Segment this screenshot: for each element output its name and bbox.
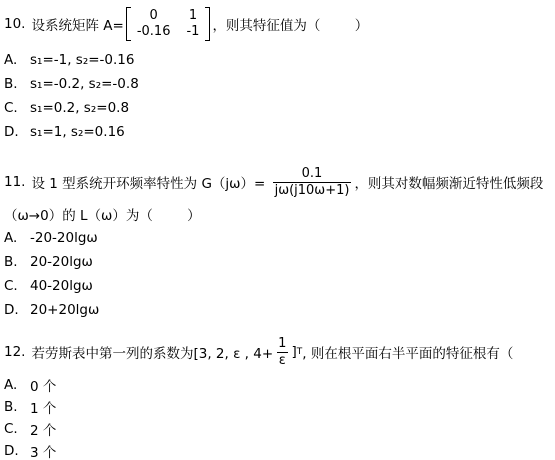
question-11-options: A. -20-20lgω B. 20-20lgω C. 40-20lgω D. … bbox=[4, 226, 551, 322]
matrix-2x2: 0 1 -0.16 -1 bbox=[126, 7, 211, 41]
question-10-options: A. s₁=-1, s₂=-0.16 B. s₁=-0.2, s₂=-0.8 C… bbox=[4, 48, 551, 144]
option-label: C. bbox=[4, 100, 30, 116]
option-text: -20-20lgω bbox=[30, 230, 98, 246]
option-label: B. bbox=[4, 76, 30, 92]
matrix-cell-r2c1: -0.16 bbox=[137, 24, 171, 40]
question-11: 11. 设 1 型系统开环频率特性为 G（jω）= 0.1 jω(j10ω+1)… bbox=[4, 160, 551, 322]
option-text: 40-20lgω bbox=[30, 278, 93, 294]
option-label: D. bbox=[4, 302, 30, 318]
question-11-stem-line2: （ω→0）的 L（ω）为（ ） bbox=[4, 204, 551, 224]
exam-document: 10. 设系统矩阵 A= 0 1 -0.16 -1 ，则其特征值为（ ） A. … bbox=[0, 0, 555, 460]
option-text: s₁=1, s₂=0.16 bbox=[30, 124, 125, 140]
option-row: D. 3 个 bbox=[4, 440, 551, 460]
fraction-numerator: 0.1 bbox=[300, 166, 325, 182]
option-label: D. bbox=[4, 443, 30, 459]
fraction: 1 ε bbox=[276, 336, 288, 369]
option-row: B. 20-20lgω bbox=[4, 250, 551, 274]
option-row: C. s₁=0.2, s₂=0.8 bbox=[4, 96, 551, 120]
option-row: A. 0 个 bbox=[4, 374, 551, 396]
question-11-number: 11. bbox=[4, 174, 25, 190]
option-label: B. bbox=[4, 254, 30, 270]
question-10-stem: 10. 设系统矩阵 A= 0 1 -0.16 -1 ，则其特征值为（ ） bbox=[4, 4, 551, 44]
option-text: 1 个 bbox=[30, 397, 56, 417]
option-label: A. bbox=[4, 52, 30, 68]
option-row: C. 40-20lgω bbox=[4, 274, 551, 298]
question-12: 12. 若劳斯表中第一列的系数为[3, 2, ε , 4+ 1 ε ] T , … bbox=[4, 332, 551, 460]
question-12-stem: 12. 若劳斯表中第一列的系数为[3, 2, ε , 4+ 1 ε ] T , … bbox=[4, 332, 551, 372]
option-text: s₁=0.2, s₂=0.8 bbox=[30, 100, 129, 116]
option-row: A. s₁=-1, s₂=-0.16 bbox=[4, 48, 551, 72]
question-11-stem-line2-text: （ω→0）的 L（ω）为（ ） bbox=[4, 204, 201, 224]
matrix-values: 0 1 -0.16 -1 bbox=[131, 7, 206, 41]
option-label: D. bbox=[4, 124, 30, 140]
fraction-numerator: 1 bbox=[276, 336, 288, 352]
matrix-cell-r2c2: -1 bbox=[186, 24, 199, 40]
option-label: A. bbox=[4, 377, 30, 393]
question-12-number: 12. bbox=[4, 344, 25, 360]
fraction: 0.1 jω(j10ω+1) bbox=[273, 166, 352, 199]
fraction-denominator: jω(j10ω+1) bbox=[273, 182, 352, 199]
option-text: 20+20lgω bbox=[30, 302, 99, 318]
question-10-stem-prefix: 设系统矩阵 A= bbox=[31, 14, 123, 34]
option-text: 0 个 bbox=[30, 375, 56, 395]
matrix-cell-r1c2: 1 bbox=[186, 8, 199, 24]
question-10: 10. 设系统矩阵 A= 0 1 -0.16 -1 ，则其特征值为（ ） A. … bbox=[4, 4, 551, 144]
fraction-denominator: ε bbox=[277, 352, 288, 369]
option-text: s₁=-1, s₂=-0.16 bbox=[30, 52, 135, 68]
option-row: B. 1 个 bbox=[4, 396, 551, 418]
option-row: C. 2 个 bbox=[4, 418, 551, 440]
option-text: s₁=-0.2, s₂=-0.8 bbox=[30, 76, 139, 92]
question-11-stem-prefix: 设 1 型系统开环频率特性为 G（jω）= bbox=[31, 172, 269, 192]
question-12-stem-suffix: , 则在根平面右半平面的特征根有（ ） bbox=[302, 342, 555, 362]
option-text: 2 个 bbox=[30, 419, 56, 439]
option-text: 20-20lgω bbox=[30, 254, 93, 270]
option-row: D. 20+20lgω bbox=[4, 298, 551, 322]
question-12-options: A. 0 个 B. 1 个 C. 2 个 D. 3 个 bbox=[4, 374, 551, 460]
option-row: D. s₁=1, s₂=0.16 bbox=[4, 120, 551, 144]
question-10-number: 10. bbox=[4, 16, 25, 32]
option-text: 3 个 bbox=[30, 441, 56, 460]
option-row: A. -20-20lgω bbox=[4, 226, 551, 250]
option-label: B. bbox=[4, 399, 30, 415]
option-label: C. bbox=[4, 421, 30, 437]
option-label: C. bbox=[4, 278, 30, 294]
option-row: B. s₁=-0.2, s₂=-0.8 bbox=[4, 72, 551, 96]
question-12-stem-prefix: 若劳斯表中第一列的系数为[3, 2, ε , 4+ bbox=[31, 342, 273, 362]
matrix-cell-r1c1: 0 bbox=[137, 8, 171, 24]
question-11-stem-suffix: ，则其对数幅频渐近特性低频段 bbox=[354, 172, 543, 192]
question-10-stem-suffix: ，则其特征值为（ ） bbox=[212, 14, 368, 34]
option-label: A. bbox=[4, 230, 30, 246]
matrix-right-bracket bbox=[205, 7, 210, 41]
question-11-stem: 11. 设 1 型系统开环频率特性为 G（jω）= 0.1 jω(j10ω+1)… bbox=[4, 160, 551, 204]
